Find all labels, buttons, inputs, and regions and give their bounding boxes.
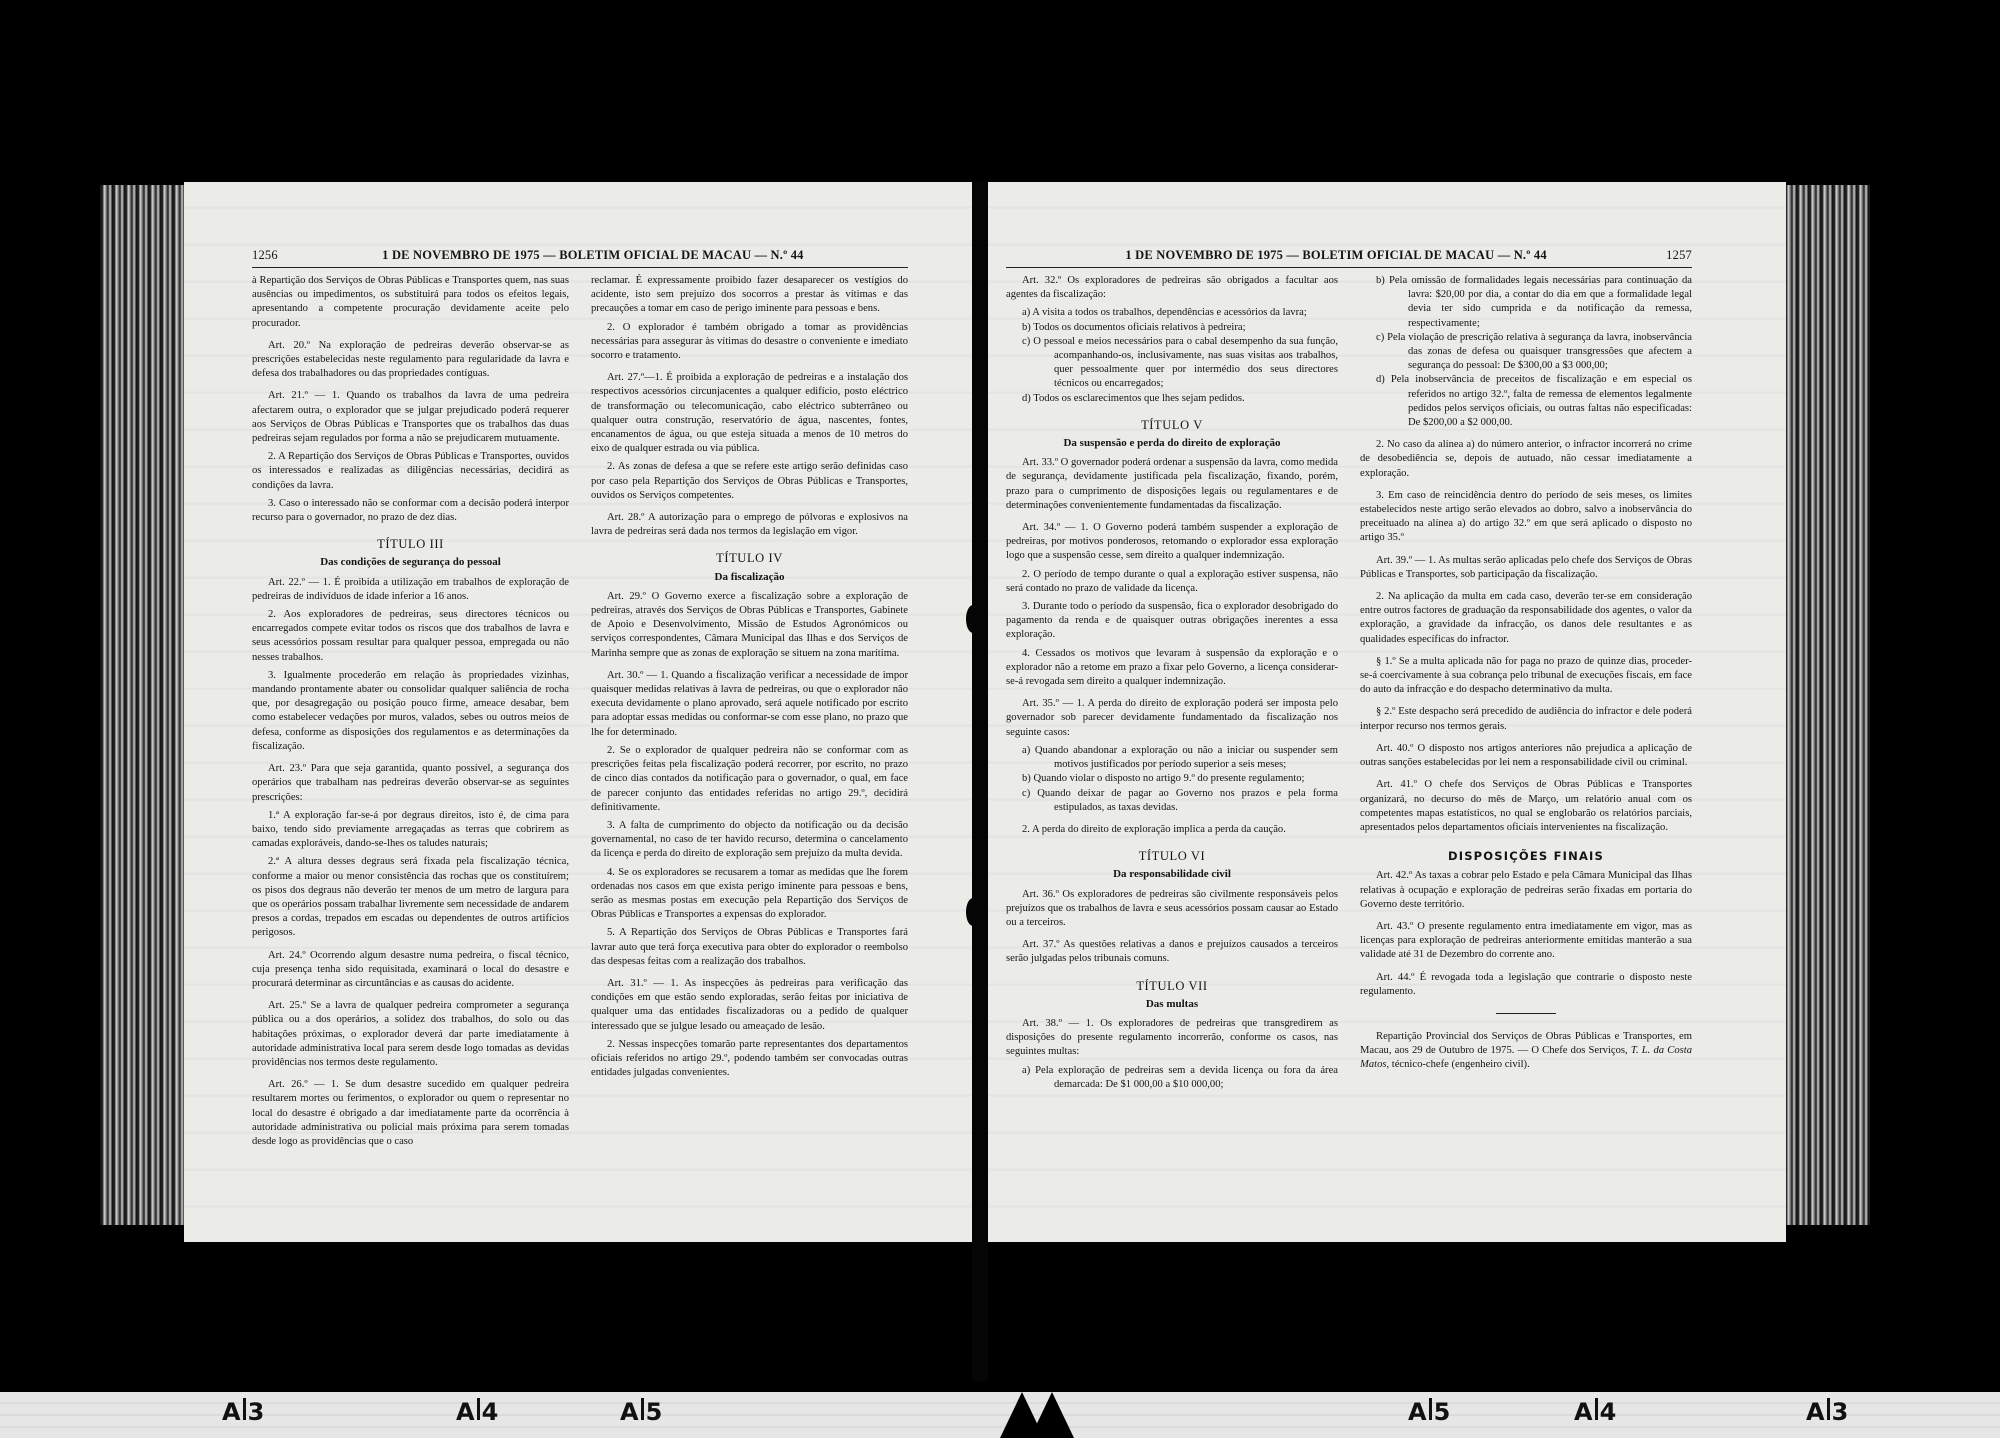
paragraph: 2. A perda do direito de exploração impl… (1006, 823, 1338, 837)
article-33: Art. 33.º O governador poderá ordenar a … (1006, 456, 1338, 513)
article-43: Art. 43.º O presente regulamento entra i… (1360, 920, 1692, 963)
article-44: Art. 44.º É revogada toda a legislação q… (1360, 971, 1692, 999)
page-number: 1256 (252, 248, 278, 263)
running-title: 1 DE NOVEMBRO DE 1975 — BOLETIM OFICIAL … (1125, 248, 1546, 263)
paragraph: § 1.º Se a multa aplicada não for paga n… (1360, 655, 1692, 698)
paragraph: 5. A Repartição dos Serviços de Obras Pú… (591, 926, 908, 969)
frame-marker: A3 (222, 1398, 264, 1426)
article-37: Art. 37.º As questões relativas a danos … (1006, 938, 1338, 966)
section-title: TÍTULO IV (591, 551, 908, 565)
paragraph: 2. Na aplicação da multa em cada caso, d… (1360, 590, 1692, 647)
list-item: a) Quando abandonar a exploração ou não … (1006, 744, 1338, 772)
list-item: d) Pela inobservância de preceitos de fi… (1360, 373, 1692, 430)
signature-block: Repartição Provincial dos Serviços de Ob… (1360, 1030, 1692, 1073)
running-header-right: 1 DE NOVEMBRO DE 1975 — BOLETIM OFICIAL … (1006, 248, 1692, 268)
list-item: a) A visita a todos os trabalhos, depend… (1006, 306, 1338, 320)
paragraph: § 2.º Este despacho será precedido de au… (1360, 705, 1692, 733)
paragraph: 2. Se o explorador de qualquer pedreira … (591, 744, 908, 815)
section-title: TÍTULO VI (1006, 849, 1338, 863)
paragraph: 1.ª A exploração far-se-á por degraus di… (252, 809, 569, 852)
frame-marker: A5 (1408, 1398, 1450, 1426)
list-item: d) Todos os esclarecimentos que lhes sej… (1006, 392, 1338, 406)
frame-marker: A4 (1574, 1398, 1616, 1426)
article-23: Art. 23.º Para que seja garantida, quant… (252, 762, 569, 805)
divider (1496, 1013, 1556, 1014)
running-header-left: 1256 1 DE NOVEMBRO DE 1975 — BOLETIM OFI… (252, 248, 908, 268)
paragraph: 4. Se os exploradores se recusarem a tom… (591, 866, 908, 923)
article-24: Art. 24.º Ocorrendo algum desastre numa … (252, 949, 569, 992)
frame-marker: A3 (1806, 1398, 1848, 1426)
article-27: Art. 27.º—1. É proibida a exploração de … (591, 371, 908, 456)
column-1: à Repartição dos Serviços de Obras Públi… (252, 274, 569, 1153)
paragraph: 3. Durante todo o período da suspensão, … (1006, 600, 1338, 643)
book-page-edges-right (1784, 185, 1870, 1225)
article-39: Art. 39.º — 1. As multas serão aplicadas… (1360, 554, 1692, 582)
column-2: b) Pela omissão de formalidades legais n… (1360, 274, 1692, 1092)
text-columns: Art. 32.º Os exploradores de pedreiras s… (1006, 274, 1692, 1092)
column-2: reclamar. É expressamente proibido fazer… (591, 274, 908, 1153)
article-31: Art. 31.º — 1. As inspecções às pedreira… (591, 977, 908, 1034)
article-35: Art. 35.º — 1. A perda do direito de exp… (1006, 697, 1338, 740)
section-subtitle: Da suspensão e perda do direito de explo… (1006, 436, 1338, 450)
article-40: Art. 40.º O disposto nos artigos anterio… (1360, 742, 1692, 770)
section-title: TÍTULO VII (1006, 979, 1338, 993)
right-page: 1 DE NOVEMBRO DE 1975 — BOLETIM OFICIAL … (988, 182, 1786, 1242)
article-36: Art. 36.º Os exploradores de pedreiras s… (1006, 888, 1338, 931)
section-title: TÍTULO III (252, 537, 569, 551)
article-29: Art. 29.º O Governo exerce a fiscalizaçã… (591, 590, 908, 661)
paragraph: 2. As zonas de defesa a que se refere es… (591, 460, 908, 503)
frame-marker: A5 (620, 1398, 662, 1426)
binding-clip (966, 605, 980, 633)
paragraph: 2.ª A altura desses degraus será fixada … (252, 855, 569, 940)
list-item: b) Quando violar o disposto no artigo 9.… (1006, 772, 1338, 786)
section-subtitle: Da fiscalização (591, 570, 908, 584)
list-item: c) Quando deixar de pagar ao Governo nos… (1006, 787, 1338, 815)
article-25: Art. 25.º Se a lavra de qualquer pedreir… (252, 999, 569, 1070)
frame-marker: A4 (456, 1398, 498, 1426)
section-title: TÍTULO V (1006, 418, 1338, 432)
article-41: Art. 41.º O chefe dos Serviços de Obras … (1360, 778, 1692, 835)
list-item: b) Todos os documentos oficiais relativo… (1006, 321, 1338, 335)
paragraph: 3. Caso o interessado não se conformar c… (252, 497, 569, 525)
list-item: c) O pessoal e meios necessários para o … (1006, 335, 1338, 392)
article-20: Art. 20.º Na exploração de pedreiras dev… (252, 339, 569, 382)
article-21: Art. 21.º — 1. Quando os trabalhos da la… (252, 389, 569, 446)
article-32: Art. 32.º Os exploradores de pedreiras s… (1006, 274, 1338, 302)
article-26: Art. 26.º — 1. Se dum desastre sucedido … (252, 1078, 569, 1149)
section-subtitle: Das condições de segurança do pessoal (252, 555, 569, 569)
paragraph: 2. No caso da alínea a) do número anteri… (1360, 438, 1692, 481)
page-number: 1257 (1666, 248, 1692, 263)
article-28: Art. 28.º A autorização para o emprego d… (591, 511, 908, 539)
paragraph: 2. O explorador é também obrigado a toma… (591, 321, 908, 364)
left-page: 1256 1 DE NOVEMBRO DE 1975 — BOLETIM OFI… (184, 182, 972, 1242)
list-item: b) Pela omissão de formalidades legais n… (1360, 274, 1692, 331)
section-title: DISPOSIÇÕES FINAIS (1360, 849, 1692, 863)
article-34: Art. 34.º — 1. O Governo poderá também s… (1006, 521, 1338, 564)
section-subtitle: Da responsabilidade civil (1006, 867, 1338, 881)
paragraph: à Repartição dos Serviços de Obras Públi… (252, 274, 569, 331)
running-title: 1 DE NOVEMBRO DE 1975 — BOLETIM OFICIAL … (382, 248, 803, 263)
article-42: Art. 42.º As taxas a cobrar pelo Estado … (1360, 869, 1692, 912)
section-subtitle: Das multas (1006, 997, 1338, 1011)
column-1: Art. 32.º Os exploradores de pedreiras s… (1006, 274, 1338, 1092)
paragraph: 2. Nessas inspecções tomarão parte repre… (591, 1038, 908, 1081)
paragraph: 2. O período de tempo durante o qual a e… (1006, 568, 1338, 596)
book-gutter (972, 182, 988, 1382)
article-38: Art. 38.º — 1. Os exploradores de pedrei… (1006, 1017, 1338, 1060)
paragraph: 3. A falta de cumprimento do objecto da … (591, 819, 908, 862)
article-22: Art. 22.º — 1. É proibida a utilização e… (252, 576, 569, 604)
article-30: Art. 30.º — 1. Quando a fiscalização ver… (591, 669, 908, 740)
binding-clip (966, 898, 980, 926)
book-page-edges-left (100, 185, 186, 1225)
paragraph: 3. Em caso de reincidência dentro do per… (1360, 489, 1692, 546)
paragraph: reclamar. É expressamente proibido fazer… (591, 274, 908, 317)
paragraph: 3. Igualmente procederão em relação às p… (252, 669, 569, 754)
text-columns: à Repartição dos Serviços de Obras Públi… (252, 274, 908, 1153)
paragraph: 4. Cessados os motivos que levaram à sus… (1006, 647, 1338, 690)
list-item: c) Pela violação de prescrição relativa … (1360, 331, 1692, 374)
film-notch (1030, 1392, 1074, 1438)
paragraph: 2. A Repartição dos Serviços de Obras Pú… (252, 450, 569, 493)
list-item: a) Pela exploração de pedreiras sem a de… (1006, 1064, 1338, 1092)
paragraph: 2. Aos exploradores de pedreiras, seus d… (252, 608, 569, 665)
